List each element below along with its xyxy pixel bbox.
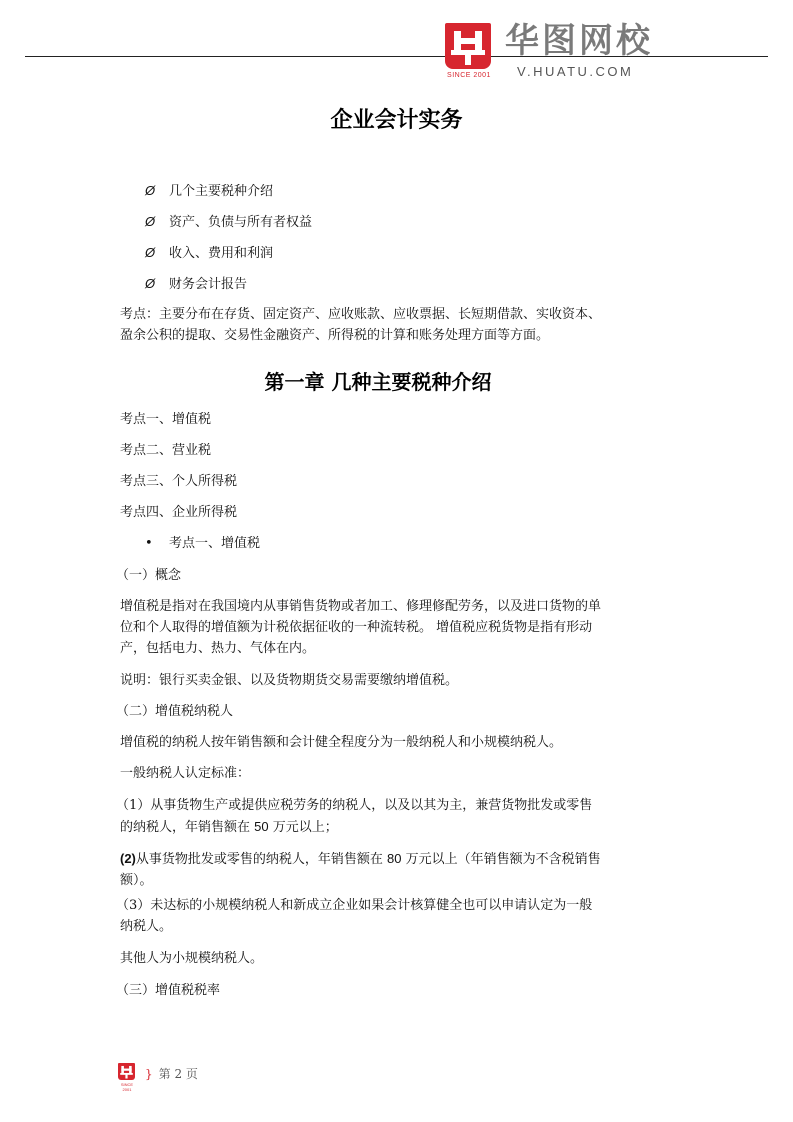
bracket-icon: } xyxy=(145,1067,153,1081)
empty-set-bullet-icon: Ø xyxy=(145,274,169,294)
chapter-point: 考点三、个人所得税 xyxy=(120,471,640,492)
section-heading: （三）增值税税率 xyxy=(116,980,636,1001)
logo-since-text: SINCE 2001 xyxy=(445,72,493,79)
note-paragraph: 说明：银行买卖金银、以及货物期货交易需要缴纳增值税。 xyxy=(120,670,640,691)
bullet-dot-icon: • xyxy=(145,534,169,554)
toc-item: Ø收入、费用和利润 xyxy=(145,243,273,264)
concept-paragraph: 增值税是指对在我国境内从事销售货物或者加工、修理修配劳务，以及进口货物的单 位和… xyxy=(120,596,640,659)
chapter-title: 第一章 几种主要税种介绍 xyxy=(0,366,756,395)
huatu-logo: SINCE 2001 华图网校 V.HUATU.COM xyxy=(445,23,690,85)
toc-item: Ø财务会计报告 xyxy=(145,274,247,295)
footer-since-text: SINCE 2001 xyxy=(117,1082,137,1092)
chapter-point: 考点二、营业税 xyxy=(120,440,640,461)
chapter-point: 考点四、企业所得税 xyxy=(120,502,640,523)
empty-set-bullet-icon: Ø xyxy=(145,181,169,201)
criteria-heading: 一般纳税人认定标准： xyxy=(120,763,640,784)
toc-item: Ø资产、负债与所有者权益 xyxy=(145,212,312,233)
logo-brand-name: 华图网校 xyxy=(505,21,653,61)
others-paragraph: 其他人为小规模纳税人。 xyxy=(120,948,640,969)
criteria-item-3: （3）未达标的小规模纳税人和新成立企业如果会计核算健全也可以申请认定为一般 纳税… xyxy=(116,895,636,937)
toc-item: Ø几个主要税种介绍 xyxy=(145,181,273,202)
empty-set-bullet-icon: Ø xyxy=(145,243,169,263)
exam-points-intro: 考点：主要分布在存货、固定资产、应收账款、应收票据、长短期借款、实收资本、 盈余… xyxy=(120,304,640,346)
bullet-item: •考点一、增值税 xyxy=(145,534,260,554)
criteria-item-2: (2)从事货物批发或零售的纳税人，年销售额在 80 万元以上（年销售额为不含税销… xyxy=(120,848,640,891)
taxpayer-paragraph: 增值税的纳税人按年销售额和会计健全程度分为一般纳税人和小规模纳税人。 xyxy=(120,732,640,753)
empty-set-bullet-icon: Ø xyxy=(145,212,169,232)
section-heading: （一）概念 xyxy=(116,565,636,586)
huatu-badge-icon xyxy=(445,23,491,69)
section-heading: （二）增值税纳税人 xyxy=(116,701,636,722)
document-title: 企业会计实务 xyxy=(0,103,793,134)
chapter-point: 考点一、增值税 xyxy=(120,409,640,430)
logo-url: V.HUATU.COM xyxy=(517,64,633,79)
criteria-item-1: （1）从事货物生产或提供应税劳务的纳税人，以及以其为主，兼营货物批发或零售 的纳… xyxy=(116,795,636,838)
page-number: }第 2 页 xyxy=(145,1065,198,1082)
huatu-badge-icon xyxy=(118,1063,135,1080)
